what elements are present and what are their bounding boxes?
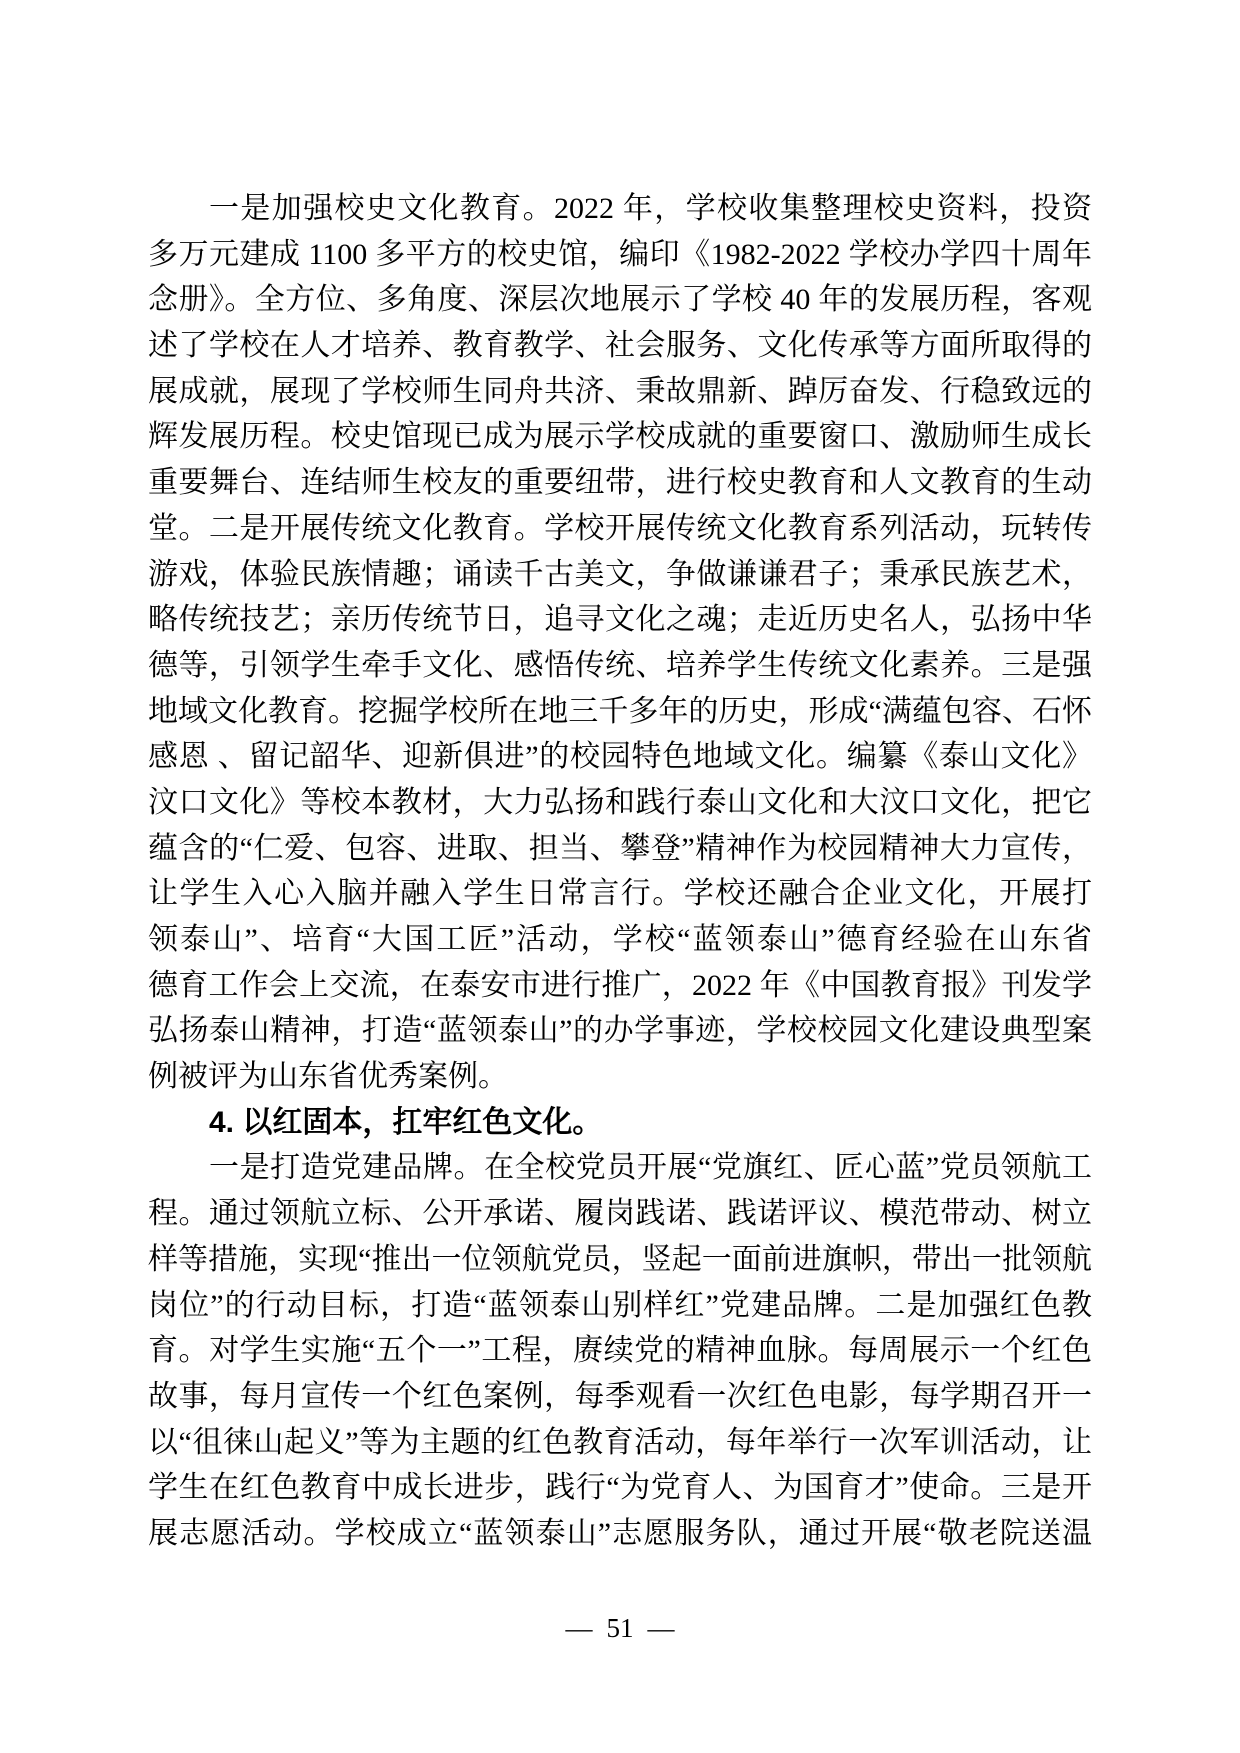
text-line: 多万元建成 1100 多平方的校史馆，编印《1982-2022 学校办学四十周年… xyxy=(148,232,1092,278)
page-number: 51 xyxy=(607,1613,634,1643)
page-footer: —51— xyxy=(0,1612,1240,1644)
text-line: 展成就，展现了学校师生同舟共济、秉故鼎新、踔厉奋发、行稳致远的光 xyxy=(148,369,1092,415)
text-line: 堂。二是开展传统文化教育。学校开展传统文化教育系列活动，玩转传统 xyxy=(148,506,1092,552)
text-line: 一是加强校史文化教育。2022 年，学校收集整理校史资料，投资 300 xyxy=(148,186,1092,232)
paragraph-2: 一是打造党建品牌。在全校党员开展“党旗红、匠心蓝”党员领航工程。通过领航立标、公… xyxy=(148,1145,1092,1556)
footer-dash-left: — xyxy=(566,1613,593,1643)
text-line: 以“徂徕山起义”等为主题的红色教育活动，每年举行一次军训活动，让 xyxy=(148,1420,1092,1466)
text-line: 地域文化教育。挖掘学校所在地三千多年的历史，形成“满蕴包容、石怀 xyxy=(148,689,1092,735)
text-line: 蕴含的“仁爱、包容、进取、担当、攀登”精神作为校园精神大力宣传， xyxy=(148,826,1092,872)
text-line: 育。对学生实施“五个一”工程，赓续党的精神血脉。每周展示一个红色 xyxy=(148,1328,1092,1374)
section-heading: 4. 以红固本，扛牢红色文化。 xyxy=(148,1100,1092,1146)
text-line: 德育工作会上交流，在泰安市进行推广，2022 年《中国教育报》刊发学校 xyxy=(148,963,1092,1009)
page-body-text: 一是加强校史文化教育。2022 年，学校收集整理校史资料，投资 300多万元建成… xyxy=(148,186,1092,1557)
text-line: 程。通过领航立标、公开承诺、履岗践诺、践诺评议、模范带动、树立榜 xyxy=(148,1191,1092,1237)
text-line: 让学生入心入脑并融入学生日常言行。学校还融合企业文化，开展打造“蓝 xyxy=(148,871,1092,917)
text-line: 感恩 、留记韶华、迎新俱进”的校园特色地域文化。编纂《泰山文化》《大 xyxy=(148,734,1092,780)
paragraph-1: 一是加强校史文化教育。2022 年，学校收集整理校史资料，投资 300多万元建成… xyxy=(148,186,1092,1100)
text-line: 汶口文化》等校本教材，大力弘扬和践行泰山文化和大汶口文化，把它们 xyxy=(148,780,1092,826)
text-line: 辉发展历程。校史馆现已成为展示学校成就的重要窗口、激励师生成长的 xyxy=(148,414,1092,460)
text-line: 重要舞台、连结师生校友的重要纽带，进行校史教育和人文教育的生动课 xyxy=(148,460,1092,506)
text-line: 述了学校在人才培养、教育教学、社会服务、文化传承等方面所取得的发 xyxy=(148,323,1092,369)
text-line: 略传统技艺；亲历传统节日，追寻文化之魂；走近历史名人，弘扬中华美 xyxy=(148,597,1092,643)
document-page: 一是加强校史文化教育。2022 年，学校收集整理校史资料，投资 300多万元建成… xyxy=(0,0,1240,1753)
text-line: 念册》。全方位、多角度、深层次地展示了学校 40 年的发展历程，客观记 xyxy=(148,277,1092,323)
text-line: 德等，引领学生牵手文化、感悟传统、培养学生传统文化素养。三是强化 xyxy=(148,643,1092,689)
text-line: 领泰山”、培育“大国工匠”活动，学校“蓝领泰山”德育经验在山东省 xyxy=(148,917,1092,963)
text-line: 故事，每月宣传一个红色案例，每季观看一次红色电影，每学期召开一次 xyxy=(148,1374,1092,1420)
text-line: 学生在红色教育中成长进步，践行“为党育人、为国育才”使命。三是开 xyxy=(148,1465,1092,1511)
footer-dash-right: — xyxy=(648,1613,675,1643)
text-line: 一是打造党建品牌。在全校党员开展“党旗红、匠心蓝”党员领航工 xyxy=(148,1145,1092,1191)
text-line: 展志愿活动。学校成立“蓝领泰山”志愿服务队，通过开展“敬老院送温 xyxy=(148,1511,1092,1557)
text-line: 样等措施，实现“推出一位领航党员，竖起一面前进旗帜，带出一批领航 xyxy=(148,1237,1092,1283)
text-line: 岗位”的行动目标，打造“蓝领泰山别样红”党建品牌。二是加强红色教 xyxy=(148,1283,1092,1329)
text-line: 弘扬泰山精神，打造“蓝领泰山”的办学事迹，学校校园文化建设典型案 xyxy=(148,1008,1092,1054)
text-line: 例被评为山东省优秀案例。 xyxy=(148,1054,1092,1100)
text-line: 游戏，体验民族情趣；诵读千古美文，争做谦谦君子；秉承民族艺术，领 xyxy=(148,552,1092,598)
